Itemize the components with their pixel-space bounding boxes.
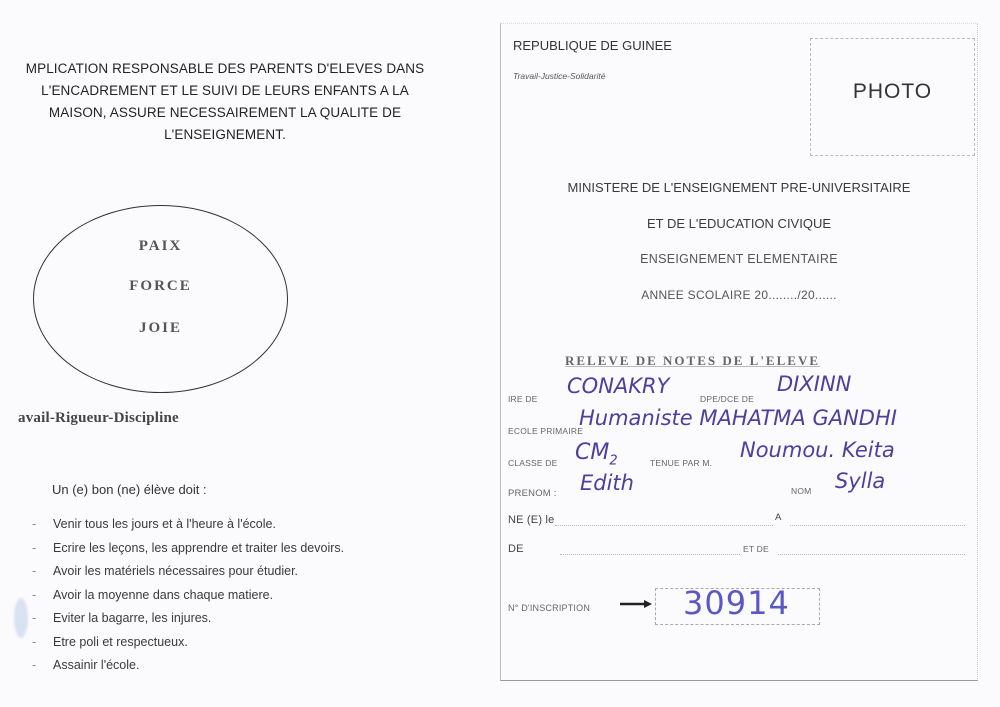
dash-bullet: -	[32, 585, 53, 609]
discipline-motto: avail-Rigueur-Discipline	[18, 410, 179, 427]
republic-title: REPUBLIQUE DE GUINEE	[513, 38, 672, 53]
father-line	[560, 553, 740, 555]
school-year: ANNEE SCOLAIRE 20......../20......	[500, 288, 978, 302]
rule-text: Etre poli et respectueux.	[53, 632, 188, 656]
rule-text: Venir tous les jours et à l'heure à l'éc…	[53, 514, 276, 538]
birth-place-line	[790, 524, 965, 526]
dash-bullet: -	[32, 561, 53, 585]
photo-placeholder: PHOTO	[810, 38, 975, 156]
ministry-line: MINISTERE DE L'ENSEIGNEMENT PRE-UNIVERSI…	[500, 180, 978, 195]
education-level: ENSEIGNEMENT ELEMENTAIRE	[500, 252, 978, 266]
last-name-label: NOM	[791, 486, 811, 496]
class-value-main: CM	[575, 440, 609, 465]
motto-force: FORCE	[34, 278, 287, 295]
last-name-value: Sylla	[835, 469, 885, 493]
national-devise: Travail-Justice-Solidarité	[513, 71, 605, 81]
birth-place-label: A	[775, 512, 782, 523]
heading-line: L'ENSEIGNEMENT.	[0, 124, 450, 146]
list-item: -Assainir l'école.	[32, 655, 344, 679]
class-value-sub: 2	[609, 453, 617, 468]
class-label: CLASSE DE	[508, 458, 558, 468]
ink-stain	[14, 598, 28, 638]
list-item: -Avoir les matériels nécessaires pour ét…	[32, 561, 344, 585]
list-item: -Avoir la moyenne dans chaque matiere.	[32, 585, 344, 609]
rule-text: Assainir l'école.	[53, 655, 139, 679]
list-item: -Etre poli et respectueux.	[32, 632, 344, 656]
class-value: CM2	[575, 440, 618, 468]
dpe-label: DPE/DCE DE	[700, 394, 754, 404]
dash-bullet: -	[32, 514, 53, 538]
first-name-value: Edith	[580, 471, 634, 495]
parent-involvement-heading: MPLICATION RESPONSABLE DES PARENTS D'ELE…	[0, 58, 450, 146]
mother-line	[778, 553, 965, 555]
arrow-right-icon	[620, 599, 652, 609]
school-value: Humaniste MAHATMA GANDHI	[579, 406, 897, 430]
father-label: DE	[508, 543, 524, 555]
birth-date-line	[555, 524, 773, 526]
mother-label: ET DE	[743, 544, 769, 554]
rule-text: Ecrire les leçons, les apprendre et trai…	[53, 538, 344, 562]
motto-joie: JOIE	[34, 320, 287, 337]
photo-label: PHOTO	[853, 80, 932, 104]
emblem-oval: PAIX FORCE JOIE	[33, 205, 288, 393]
teacher-value: Noumou. Keita	[740, 438, 895, 462]
region-label: IRE DE	[508, 394, 538, 404]
dpe-value: DIXINN	[777, 372, 851, 396]
dash-bullet: -	[32, 538, 53, 562]
teacher-label: TENUE PAR M.	[650, 458, 712, 468]
registration-value: 30914	[683, 584, 790, 622]
heading-line: MAISON, ASSURE NECESSAIREMENT LA QUALITE…	[0, 102, 450, 124]
heading-line: L'ENCADREMENT ET LE SUIVI DE LEURS ENFAN…	[0, 80, 450, 102]
motto-paix: PAIX	[34, 238, 287, 255]
rules-list: -Venir tous les jours et à l'heure à l'é…	[32, 514, 344, 679]
region-value: CONAKRY	[567, 374, 669, 398]
dash-bullet: -	[32, 632, 53, 656]
school-label: ECOLE PRIMAIRE	[508, 426, 583, 436]
rules-title: Un (e) bon (ne) élève doit :	[52, 482, 207, 497]
list-item: -Ecrire les leçons, les apprendre et tra…	[32, 538, 344, 562]
list-item: -Venir tous les jours et à l'heure à l'é…	[32, 514, 344, 538]
rule-text: Eviter la bagarre, les injures.	[53, 608, 211, 632]
birth-date-label: NE (E) le	[508, 514, 554, 526]
report-card-title: RELEVE DE NOTES DE L'ELEVE	[565, 353, 820, 369]
heading-line: MPLICATION RESPONSABLE DES PARENTS D'ELE…	[0, 58, 450, 80]
first-name-label: PRENOM :	[508, 488, 557, 499]
dash-bullet: -	[32, 655, 53, 679]
registration-label: N° D'INSCRIPTION	[508, 603, 590, 613]
list-item: -Eviter la bagarre, les injures.	[32, 608, 344, 632]
dash-bullet: -	[32, 608, 53, 632]
rule-text: Avoir les matériels nécessaires pour étu…	[53, 561, 298, 585]
ministry-line: ET DE L'EDUCATION CIVIQUE	[500, 216, 978, 231]
rule-text: Avoir la moyenne dans chaque matiere.	[53, 585, 273, 609]
